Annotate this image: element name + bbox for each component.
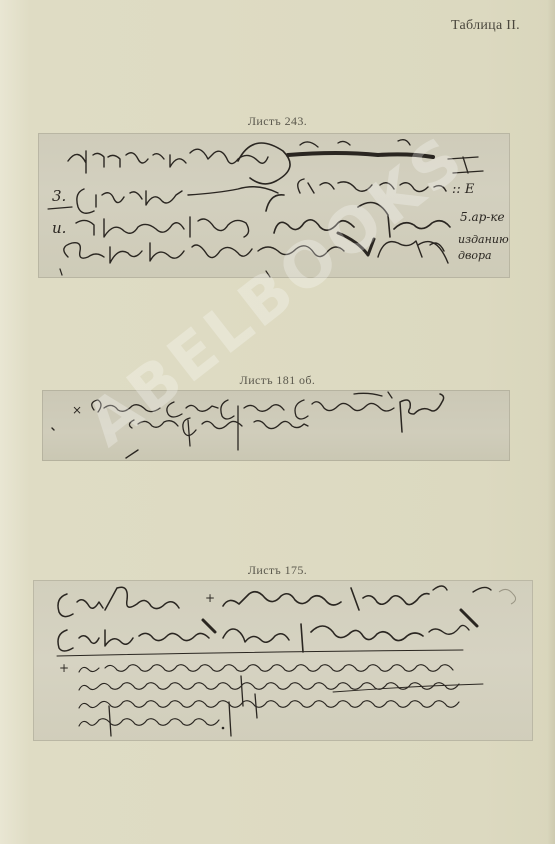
svg-text:+: + (205, 591, 215, 605)
page-edge-shadow (547, 0, 555, 844)
svg-text:двора: двора (458, 249, 492, 262)
handwriting-sheet-243: 3. :: Е и. 5.ар-ке изданию двора (38, 133, 510, 278)
manuscript-panel-sheet-175: + + (33, 580, 533, 741)
svg-text:изданию: изданию (458, 233, 509, 246)
caption-sheet-175: Листъ 175. (0, 563, 555, 578)
svg-text:×: × (72, 403, 82, 417)
svg-text:+: + (59, 661, 69, 675)
manuscript-panel-sheet-243: 3. :: Е и. 5.ар-ке изданию двора (38, 133, 510, 278)
svg-text::: Е: :: Е (452, 182, 475, 197)
book-page: Таблица II. Листъ 243. 3. :: Е и. 5.ар-к… (0, 0, 555, 844)
caption-sheet-181-ob: Листъ 181 об. (0, 373, 555, 388)
handwriting-sheet-175: + + (33, 580, 533, 741)
caption-sheet-243: Листъ 243. (0, 114, 555, 129)
plate-title: Таблица II. (451, 18, 520, 34)
manuscript-panel-sheet-181-ob: × (42, 390, 510, 461)
svg-text:5.ар-ке: 5.ар-ке (460, 210, 505, 224)
item-number-3: 3. (52, 187, 66, 205)
handwriting-sheet-181-ob: × (42, 390, 510, 461)
item-number-4: и. (52, 219, 66, 237)
